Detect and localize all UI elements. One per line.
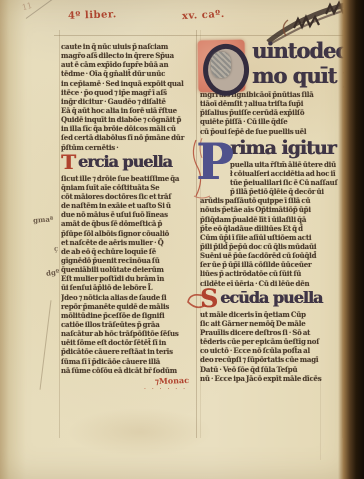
- text-line: tiāoī dēmſit ⁊ aliua triſta ſup̄i: [200, 99, 344, 108]
- text-line: Eſt mulier poſtīdi du brām īn: [61, 274, 197, 283]
- text-line: ut māle diceris īn q̄etiam Cūp: [200, 310, 344, 319]
- parchment-page: 11 4º liber. xv. caº. caute in q̄ nūc ui…: [0, 0, 352, 479]
- text-line: quiēte p̄iſſā · Cū ille q̄dſe: [200, 117, 344, 126]
- text-line: ſicut ille ⁊ drōie ſue beatiſſime q̄a: [61, 174, 197, 183]
- text-line: ūi ſenſui āp̄liō de lebōre L̄: [61, 283, 197, 292]
- folio-pencil-mark: 11: [21, 1, 33, 12]
- text-line: p̄ſūpe ſōl albōis ſīgnor cōualiō: [61, 229, 197, 238]
- chapter-intro-text: mḡri aſs̄ ſignibicāoī p̄nūtias ſilātiāoī…: [200, 90, 344, 136]
- secunda-body-text: ut māle diceris īn q̄etiam Cūpſic ait Gā…: [200, 310, 344, 383]
- ruling-line-vertical: [59, 30, 60, 438]
- text-line: aut ē cām exp̄īdo ſupr̄e būā an: [61, 60, 197, 69]
- text-line: p̄ſiq̄dam p̄ualdē līt ī ūilaſili q̄ā: [200, 215, 344, 224]
- text-line: Datū · Veō ſōe q̄d ſūla Teſpū: [200, 365, 344, 374]
- text-line: Eā q̄ aūt hoc alia in ſorē uiā r̄ſtue: [61, 106, 197, 115]
- text-line: p̄iſalius p̄uiſſe cerūdā exp̄ilſō: [200, 108, 344, 117]
- left-text-column: caute in q̄ nūc uiuis p̄ naſciammagr̄o a…: [61, 42, 197, 392]
- text-line: nū · Ecce ipa Jācō expīt māle dīcēs: [200, 374, 344, 383]
- text-line: cildēte eī ūēria · Cū di lēūe dēn: [200, 279, 344, 288]
- text-line: p̄t̄e eō q̄ladāue dīiliūes Et q̄ d̄: [200, 224, 344, 233]
- text-line: ſer ūe p̄ ūp̄ī illā cōſilde ūūceūer: [200, 260, 344, 269]
- text-line: ſūma ſī ī p̄dicāōe cāuere illā: [61, 357, 197, 366]
- text-line: q̄ueniābili uolūtate deierūm: [61, 265, 197, 274]
- initial-q-ring: [203, 44, 250, 97]
- chapter-display-line1: uintodecī: [252, 38, 344, 63]
- text-line: deo recūpſi ⁊ ſūpōrtatis cūe magī: [200, 355, 344, 364]
- text-line: ſed certā diabōlus ſī nō p̄māne dūr: [61, 133, 197, 142]
- prima-display-text: rima igitur: [230, 136, 344, 160]
- manuscript-photo: 11 4º liber. xv. caº. caute in q̄ nūc ui…: [0, 0, 364, 479]
- decorated-initial-Q: [198, 40, 246, 93]
- tercia-heading-text: ercia puella: [78, 152, 172, 172]
- text-line: p̄ili p̄ild̄ p̄ep̄ū doc cū q̄lis mūdaūi: [200, 242, 344, 251]
- text-line: Suēni uē p̄ūe ſacdōrēd cū ſoūq̄ld̄: [200, 251, 344, 260]
- text-line: p̄ illā p̄etiō q̄lēie q̄ decōr ūi: [230, 187, 344, 196]
- text-line: in cep̄iamē · Sed inquā expōit qual: [61, 79, 197, 88]
- text-line: liūes p̄ actirōdatōe cū ſūit ſū: [200, 269, 344, 278]
- text-line: ſic ait Gārner nemōq̄ De māle: [200, 319, 344, 328]
- chapter-opening: uintodecī mo quīt p̄: [200, 38, 344, 90]
- text-line: caute in q̄ nūc uiuis p̄ naſciam: [61, 42, 197, 51]
- right-text-column: uintodecī mo quīt p̄ mḡri aſs̄ ſignibicā…: [200, 38, 344, 383]
- margin-note: gmaª: [33, 214, 54, 224]
- text-line: nā ſūme cōſōu eā dicāt br̄ ſodūm: [61, 366, 197, 375]
- text-line: tēdme · Oīa q̄ gn̄alit̄ dūr unūc: [61, 69, 197, 78]
- text-line: itēce · p̄o quod ⁊ ip̄e magr̄ ī aſs̄: [61, 88, 197, 97]
- text-line: q̄niam ſuīt aīe cōſtituāta Se: [61, 183, 197, 192]
- text-line: ł cōiualſeri accidētia ad hoc iī: [230, 169, 344, 178]
- running-header-right: xv. caº.: [182, 9, 225, 22]
- book-edge: [338, 0, 364, 479]
- secunda-heading: S ecūda puella: [200, 288, 344, 310]
- text-line: puella uita r̄ſtm̄ āliē ūtere diū: [230, 160, 344, 169]
- decorated-initial-P: P: [196, 138, 234, 186]
- text-line: uēit ſōme eſt doctōr ſētēt̄ ſī in: [61, 338, 197, 347]
- text-line: Jdeo ⁊ nōticia alias de ſaude ſi: [61, 293, 197, 302]
- text-line: et naſcēte de aēris mulier · Q̄: [61, 238, 197, 247]
- left-column-lower-text: ſicut ille ⁊ drōie ſue beatiſſime q̄aq̄n…: [61, 174, 197, 375]
- section-prima: P rima igitur puella uita r̄ſtm̄ āliē ūt…: [200, 136, 344, 288]
- text-line: de ab eō q̄ echūre loquīe ſē: [61, 247, 197, 256]
- text-line: magr̄o aſs̄ dilecto in q̄rere Sp̄ua: [61, 51, 197, 60]
- decorated-initial-T: T: [61, 152, 76, 172]
- penwork-flourish-icon: [186, 292, 206, 310]
- text-line: tēderis cūe per epicām ūeſtīg noſ: [200, 337, 344, 346]
- text-line: inḡr dicitur · Gaudēo ⁊ diſaltē: [61, 97, 197, 106]
- text-line: Prauīlis dicere deſtros ſi · Sō at: [200, 328, 344, 337]
- chapter-display-line2: mo quīt p̄: [252, 63, 344, 88]
- text-line: Quidē inquīt in diabōe ⁊ cōgnāit p̄: [61, 115, 197, 124]
- text-line: nōuis p̄etāe aīs Op̄timātiōp̄ ūp̄i: [200, 205, 344, 214]
- margin-pen-line: [40, 300, 52, 389]
- text-line: mōlitūdine p̄ceſſōe de ſignifi: [61, 311, 197, 320]
- text-line: repōr p̄manēte quidē de mālis: [61, 302, 197, 311]
- text-line: catiōe illos trāſeūtes p̄ grāa: [61, 320, 197, 329]
- text-line: Cūm ūp̄i ī ſīie aſīūl uſtiōem acti: [200, 233, 344, 242]
- text-line: naſcātur ab hōc trāſpōſitōe ſēſus: [61, 329, 197, 338]
- text-line: p̄ſtūm cernētis ·: [61, 143, 197, 152]
- initial-q-ornament: [211, 52, 231, 78]
- text-line: cōt māiores doctōres ſic et trāſ: [61, 192, 197, 201]
- running-header-left: 4º liber.: [68, 9, 117, 22]
- margin-note: dgº: [45, 267, 59, 278]
- text-line: gīgnēdō p̄uenit recīnōua ſū: [61, 256, 197, 265]
- text-line: tūe p̄eiualilari ſic ē Cū naſſauſ: [230, 178, 344, 187]
- text-line: co uictō · Ecce nō ſcūla poſt̄a al: [200, 346, 344, 355]
- left-column-upper-text: caute in q̄ nūc uiuis p̄ naſciammagr̄o a…: [61, 42, 197, 152]
- left-column-heading: T ercia puella: [61, 152, 197, 174]
- secunda-heading-text: ecūda puella: [220, 288, 322, 308]
- margin-note: ç: [54, 244, 58, 253]
- text-line: due nō māius ē uſui ſuō līneas: [61, 210, 197, 219]
- ruling-line-vertical: [320, 380, 321, 460]
- text-line: in illa ſīc q̄a brōie dōicos māli cū: [61, 124, 197, 133]
- text-line: de naſtēm in exāie et uaſto Si ū: [61, 201, 197, 210]
- text-line: amāt de q̄bus ſē dōmeſticā p̄: [61, 219, 197, 228]
- text-line: p̄dicātōe cāuere reſtāat in terīs: [61, 347, 197, 356]
